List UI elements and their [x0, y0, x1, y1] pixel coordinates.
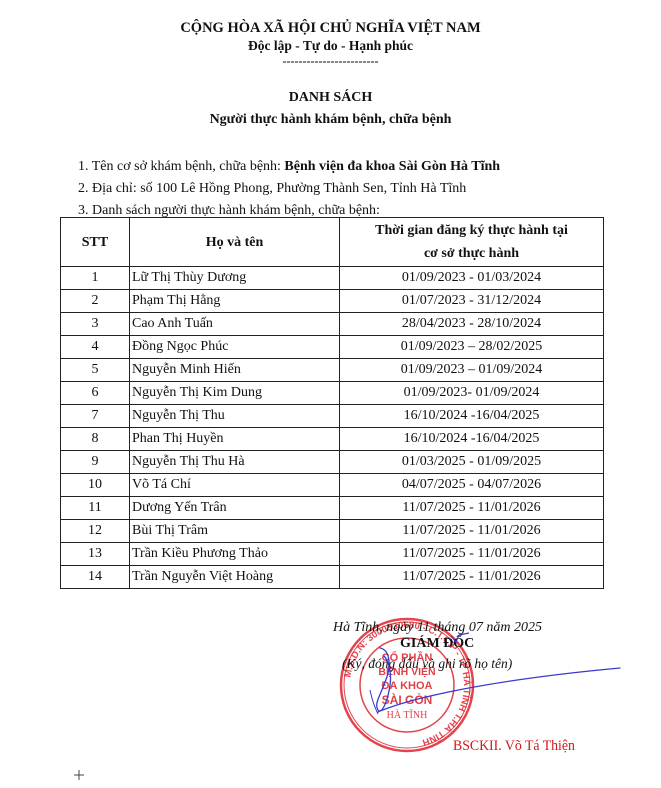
cell-stt: 3 [61, 313, 130, 336]
cell-period: 11/07/2025 - 11/01/2026 [340, 543, 604, 566]
cell-stt: 10 [61, 474, 130, 497]
table-row: 7Nguyễn Thị Thu16/10/2024 -16/04/2025 [61, 405, 604, 428]
table-row: 6Nguyễn Thị Kim Dung01/09/2023- 01/09/20… [61, 382, 604, 405]
cell-name: Lữ Thị Thùy Dương [130, 267, 340, 290]
info-facility-value: Bệnh viện đa khoa Sài Gòn Hà Tĩnh [284, 159, 500, 174]
table-row: 3Cao Anh Tuấn28/04/2023 - 28/10/2024 [61, 313, 604, 336]
cell-stt: 6 [61, 382, 130, 405]
table-row: 2Phạm Thị Hằng01/07/2023 - 31/12/2024 [61, 290, 604, 313]
cell-period: 01/09/2023 – 28/02/2025 [340, 336, 604, 359]
document-subtitle: Người thực hành khám bệnh, chữa bệnh [0, 112, 661, 128]
cell-stt: 4 [61, 336, 130, 359]
cell-period: 16/10/2024 -16/04/2025 [340, 428, 604, 451]
table-header-row: STT Họ và tên Thời gian đăng ký thực hàn… [61, 218, 604, 267]
table-row: 8Phan Thị Huyền16/10/2024 -16/04/2025 [61, 428, 604, 451]
header-name: Họ và tên [130, 218, 340, 267]
cell-period: 28/04/2023 - 28/10/2024 [340, 313, 604, 336]
table-row: 10Võ Tá Chí04/07/2025 - 04/07/2026 [61, 474, 604, 497]
nation-heading: CỘNG HÒA XÃ HỘI CHỦ NGHĨA VIỆT NAM [0, 20, 661, 37]
table-row: 12Bùi Thị Trâm11/07/2025 - 11/01/2026 [61, 520, 604, 543]
cell-period: 01/09/2023 - 01/03/2024 [340, 267, 604, 290]
motto: Độc lập - Tự do - Hạnh phúc [0, 38, 661, 54]
cell-period: 11/07/2025 - 11/01/2026 [340, 520, 604, 543]
cell-stt: 13 [61, 543, 130, 566]
table-row: 14Trần Nguyễn Việt Hoàng11/07/2025 - 11/… [61, 566, 604, 589]
crosshair-mark-icon [74, 770, 84, 780]
cell-name: Nguyễn Thị Thu [130, 405, 340, 428]
cell-name: Bùi Thị Trâm [130, 520, 340, 543]
cell-stt: 2 [61, 290, 130, 313]
cell-stt: 8 [61, 428, 130, 451]
table-row: 9Nguyễn Thị Thu Hà01/03/2025 - 01/09/202… [61, 451, 604, 474]
cell-name: Nguyễn Thị Thu Hà [130, 451, 340, 474]
table-row: 1Lữ Thị Thùy Dương01/09/2023 - 01/03/202… [61, 267, 604, 290]
cell-name: Võ Tá Chí [130, 474, 340, 497]
info-address: 2. Địa chỉ: số 100 Lê Hồng Phong, Phường… [78, 181, 466, 197]
cell-period: 01/03/2025 - 01/09/2025 [340, 451, 604, 474]
cell-period: 16/10/2024 -16/04/2025 [340, 405, 604, 428]
cell-stt: 9 [61, 451, 130, 474]
table-body: 1Lữ Thị Thùy Dương01/09/2023 - 01/03/202… [61, 267, 604, 589]
cell-name: Nguyễn Thị Kim Dung [130, 382, 340, 405]
cell-name: Dương Yến Trân [130, 497, 340, 520]
document-title: DANH SÁCH [0, 90, 661, 106]
header-period-line1: Thời gian đăng ký thực hành tại [375, 223, 568, 238]
signer-name: BSCKII. Võ Tá Thiện [453, 738, 575, 755]
cell-period: 01/09/2023- 01/09/2024 [340, 382, 604, 405]
header-period-line2: cơ sở thực hành [424, 246, 519, 261]
info-facility-label: 1. Tên cơ sở khám bệnh, chữa bệnh: [78, 159, 284, 174]
cell-name: Cao Anh Tuấn [130, 313, 340, 336]
cell-period: 01/07/2023 - 31/12/2024 [340, 290, 604, 313]
practitioner-table: STT Họ và tên Thời gian đăng ký thực hàn… [60, 217, 604, 589]
table-row: 5Nguyễn Minh Hiến01/09/2023 – 01/09/2024 [61, 359, 604, 382]
cell-name: Đồng Ngọc Phúc [130, 336, 340, 359]
cell-stt: 11 [61, 497, 130, 520]
cell-period: 11/07/2025 - 11/01/2026 [340, 566, 604, 589]
cell-period: 04/07/2025 - 04/07/2026 [340, 474, 604, 497]
cell-period: 01/09/2023 – 01/09/2024 [340, 359, 604, 382]
table-row: 4Đồng Ngọc Phúc01/09/2023 – 28/02/2025 [61, 336, 604, 359]
cell-stt: 14 [61, 566, 130, 589]
table-row: 11Dương Yến Trân11/07/2025 - 11/01/2026 [61, 497, 604, 520]
header-stt: STT [61, 218, 130, 267]
cell-stt: 7 [61, 405, 130, 428]
cell-name: Phan Thị Huyền [130, 428, 340, 451]
cell-name: Trần Kiều Phương Thảo [130, 543, 340, 566]
cell-name: Nguyễn Minh Hiến [130, 359, 340, 382]
cell-name: Phạm Thị Hằng [130, 290, 340, 313]
handwritten-signature [330, 630, 640, 730]
cell-stt: 1 [61, 267, 130, 290]
header-period: Thời gian đăng ký thực hành tại cơ sở th… [340, 218, 604, 267]
cell-stt: 5 [61, 359, 130, 382]
cell-stt: 12 [61, 520, 130, 543]
info-facility-name: 1. Tên cơ sở khám bệnh, chữa bệnh: Bệnh … [78, 159, 500, 175]
table-row: 13Trần Kiều Phương Thảo11/07/2025 - 11/0… [61, 543, 604, 566]
header-divider: ------------------------ [0, 54, 661, 69]
cell-name: Trần Nguyễn Việt Hoàng [130, 566, 340, 589]
cell-period: 11/07/2025 - 11/01/2026 [340, 497, 604, 520]
